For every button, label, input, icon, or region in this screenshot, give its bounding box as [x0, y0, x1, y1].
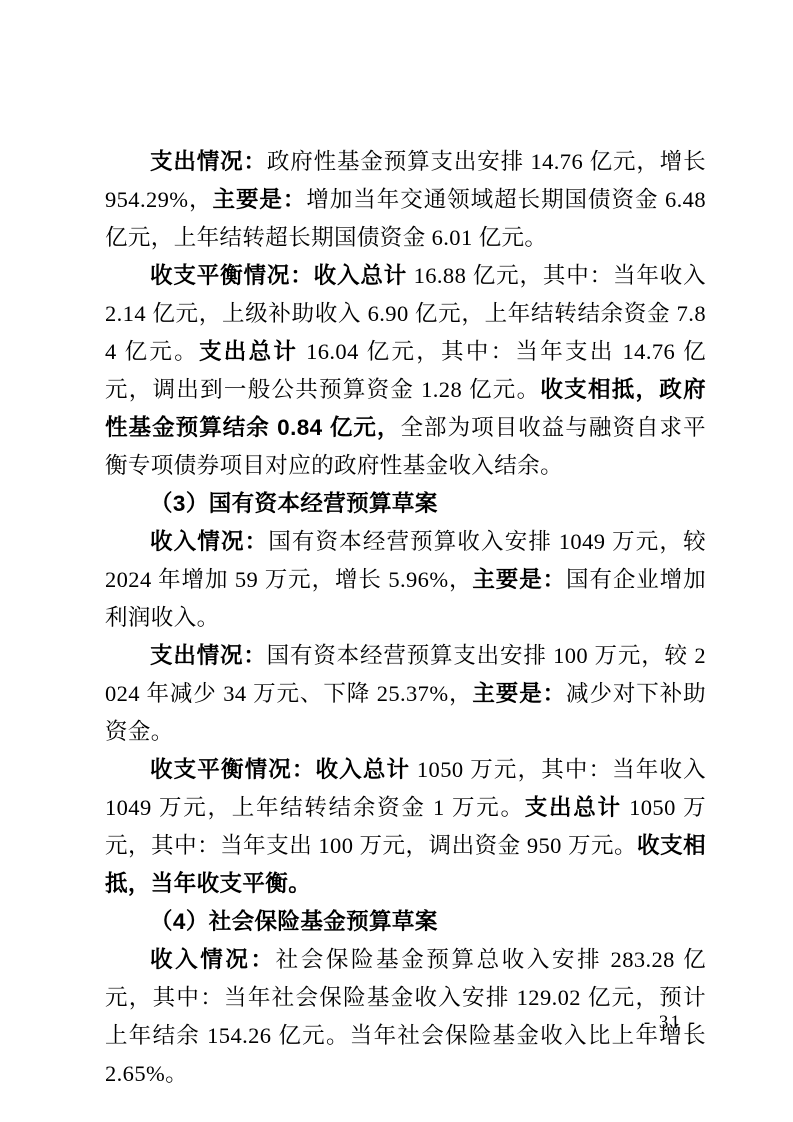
bold-text-run: 主要是： [472, 567, 566, 592]
bold-text-run: （3）国有资本经营预算草案 [150, 491, 438, 516]
bold-text-run: 收支平衡情况：收入总计 [150, 263, 407, 288]
para-gov-fund-expenditure: 支出情况：政府性基金预算支出安排 14.76 亿元，增长 954.29%，主要是… [105, 143, 706, 257]
heading-state-capital-budget: （3）国有资本经营预算草案 [105, 485, 706, 523]
bold-text-run: （4）社会保险基金预算草案 [150, 909, 438, 934]
para-state-capital-revenue: 收入情况：国有资本经营预算收入安排 1049 万元，较 2024 年增加 59 … [105, 523, 706, 637]
bold-text-run: 支出总计 [525, 795, 622, 820]
para-state-capital-balance: 收支平衡情况：收入总计 1050 万元，其中：当年收入 1049 万元，上年结转… [105, 751, 706, 903]
document-body: 支出情况：政府性基金预算支出安排 14.76 亿元，增长 954.29%，主要是… [105, 143, 706, 1093]
heading-social-insurance-budget: （4）社会保险基金预算草案 [105, 903, 706, 941]
page-number: - 31 - [644, 1012, 697, 1034]
para-gov-fund-balance: 收支平衡情况：收入总计 16.88 亿元，其中：当年收入 2.14 亿元，上级补… [105, 257, 706, 485]
para-social-insurance-revenue: 收入情况：社会保险基金预算总收入安排 283.28 亿元，其中：当年社会保险基金… [105, 941, 706, 1093]
document-page: 支出情况：政府性基金预算支出安排 14.76 亿元，增长 954.29%，主要是… [0, 0, 793, 1122]
bold-text-run: 主要是： [212, 187, 306, 212]
bold-text-run: 主要是： [472, 681, 566, 706]
bold-text-run: 收支平衡情况：收入总计 [150, 757, 410, 782]
bold-text-run: 收入情况： [150, 947, 276, 972]
bold-text-run: 支出情况： [150, 643, 267, 668]
bold-text-run: 支出总计 [199, 339, 298, 364]
para-state-capital-expenditure: 支出情况：国有资本经营预算支出安排 100 万元，较 2024 年减少 34 万… [105, 637, 706, 751]
bold-text-run: 支出情况： [150, 149, 267, 174]
bold-text-run: 收入情况： [150, 529, 268, 554]
